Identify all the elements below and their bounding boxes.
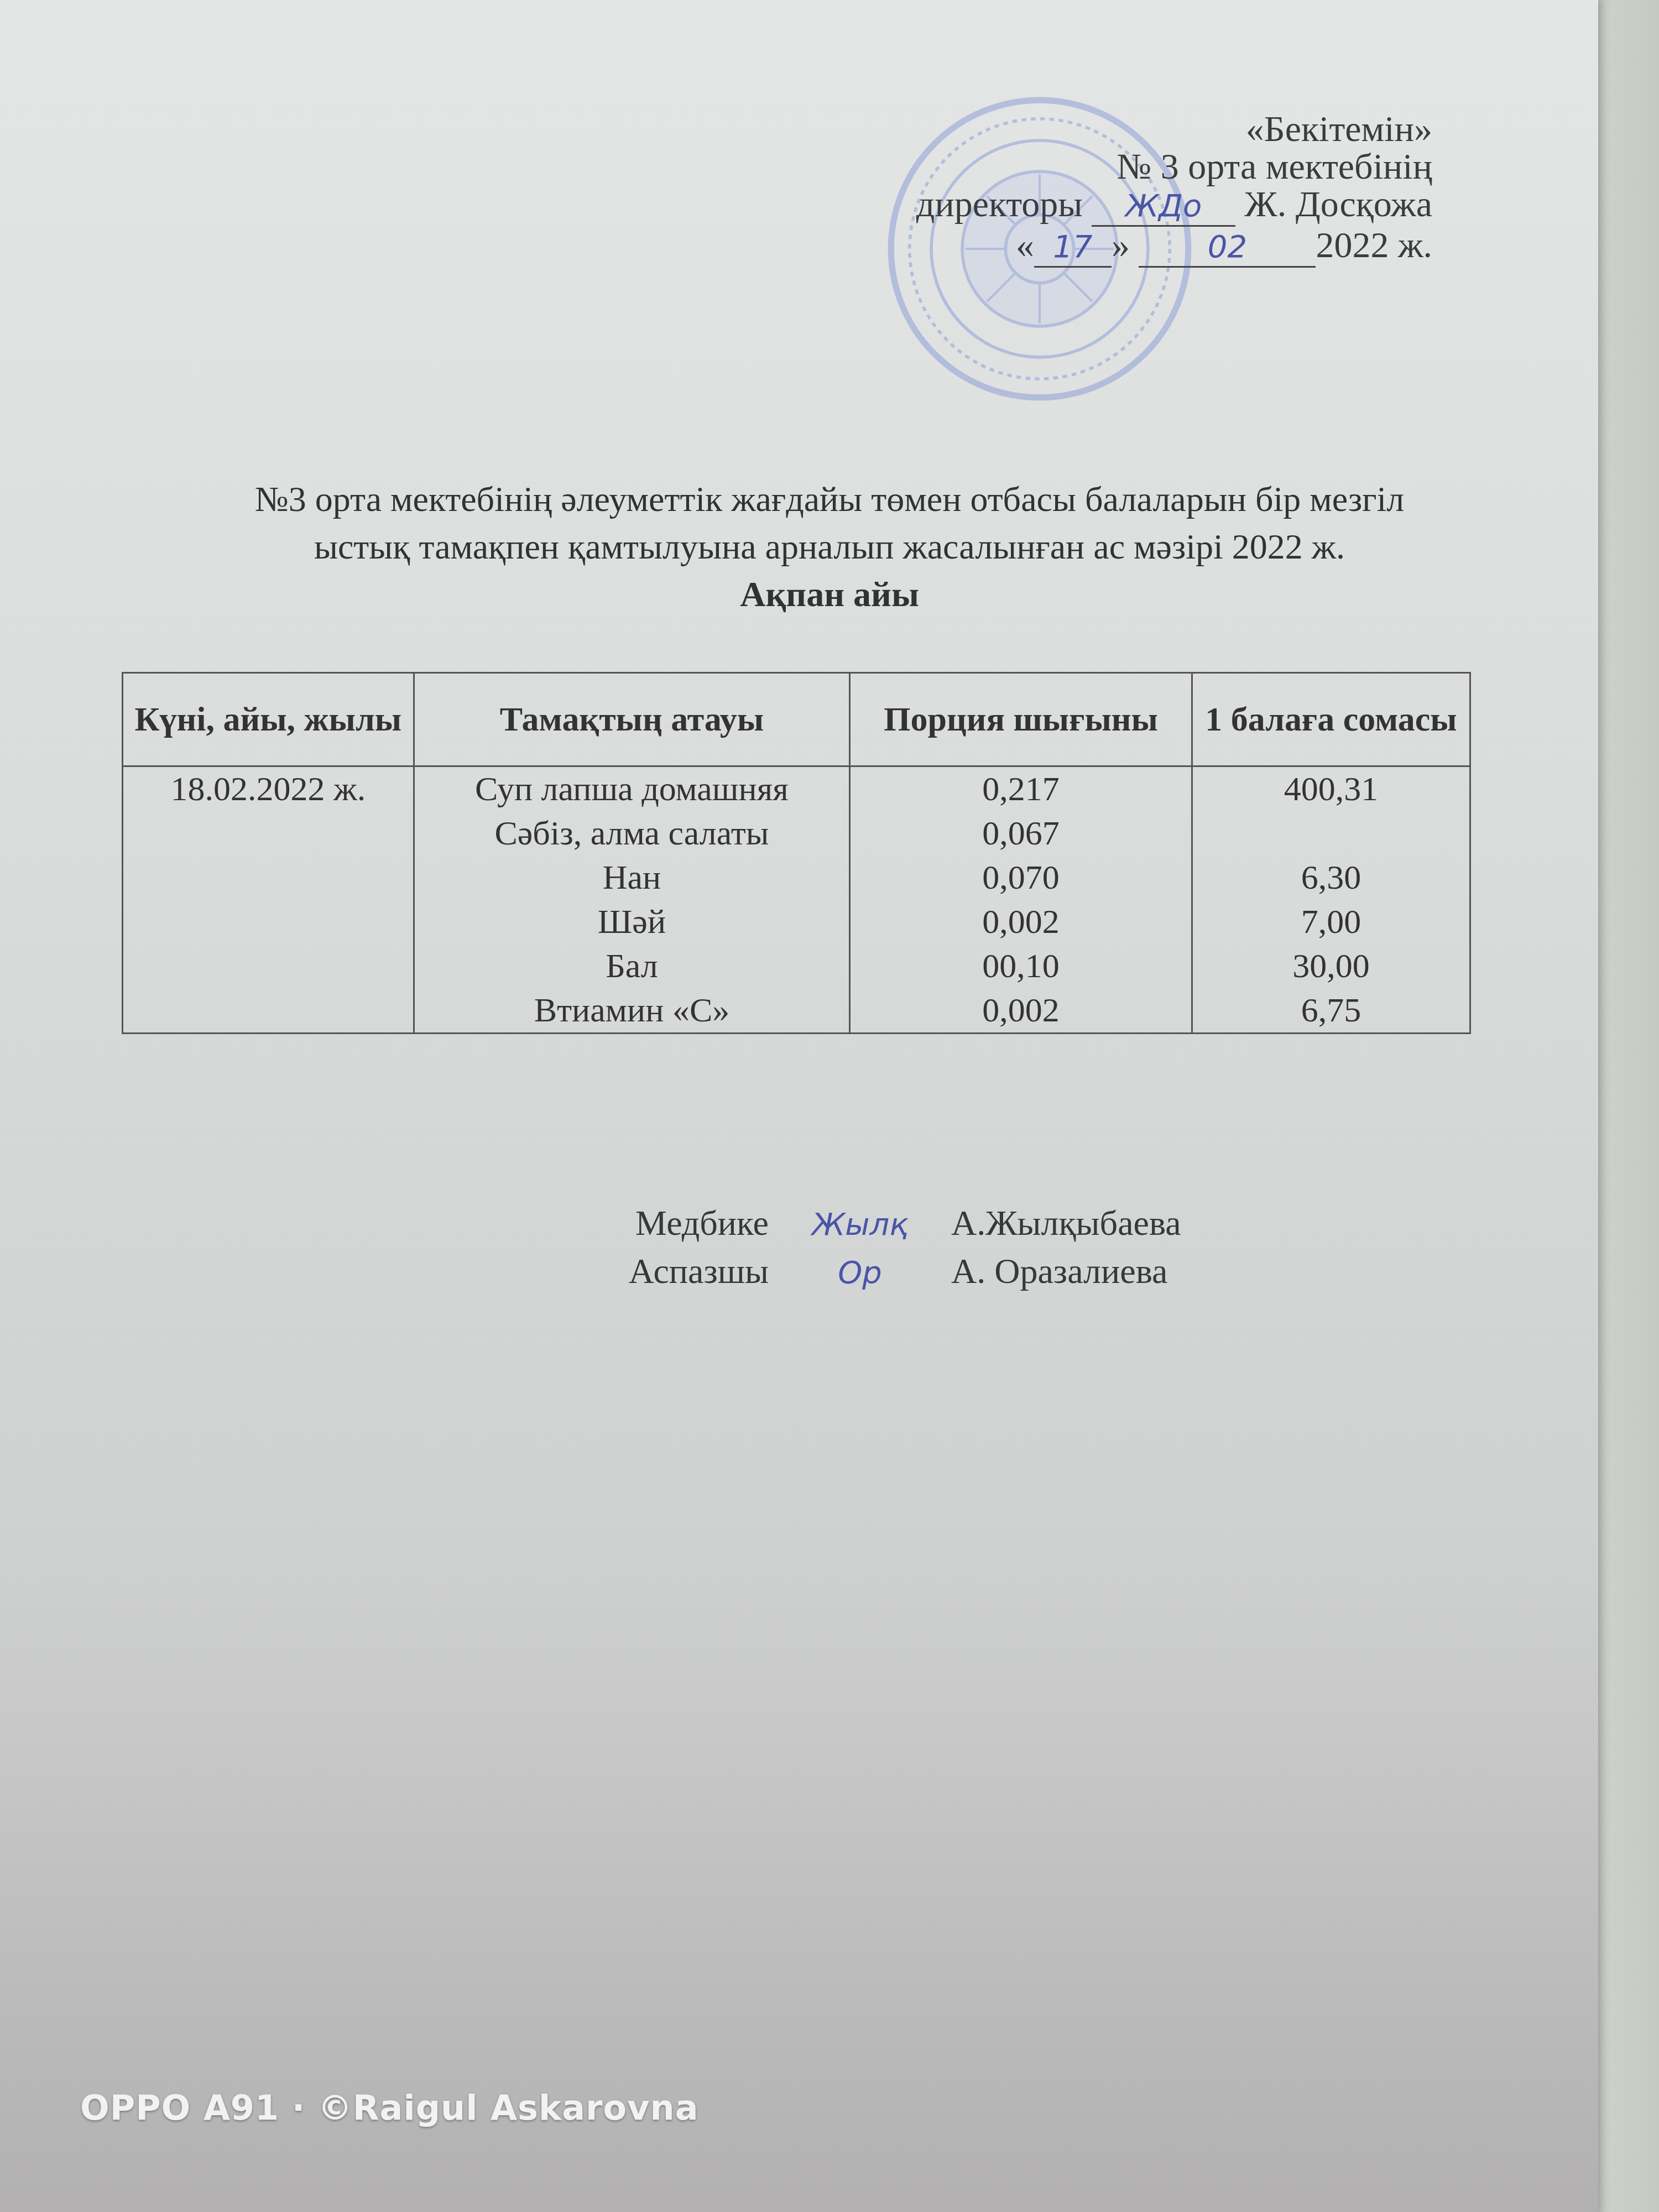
approval-month: 02 bbox=[1139, 227, 1316, 268]
signature-row: МедбикеЖылқА.Жылқыбаева bbox=[559, 1200, 1239, 1248]
sum-item: 6,30 bbox=[1198, 855, 1464, 900]
food-item: Суп лапша домашняя bbox=[420, 767, 844, 811]
sum-item: 6,75 bbox=[1198, 988, 1464, 1032]
approval-date-line: «17» 022022 ж. bbox=[916, 227, 1432, 268]
approval-director-line: директоры ЖДо Ж. Досқожа bbox=[916, 186, 1432, 227]
date-cell: 18.02.2022 ж. bbox=[123, 766, 414, 1034]
document-page: «Бекітемін» № 3 орта мектебінің директор… bbox=[0, 0, 1598, 2212]
sum-item: 30,00 bbox=[1198, 944, 1464, 988]
signatory-name: А.Жылқыбаева bbox=[951, 1200, 1239, 1246]
signature-role: Аспазшы bbox=[559, 1248, 769, 1295]
director-label: директоры bbox=[916, 184, 1083, 225]
table-header-row: Күні, айы, жылы Тамақтың атауы Порция шы… bbox=[123, 673, 1470, 766]
portion-item: 0,002 bbox=[856, 988, 1186, 1032]
sum-cell: 400,316,307,0030,006,75 bbox=[1192, 766, 1470, 1034]
sum-item bbox=[1198, 811, 1464, 855]
approval-day: 17 bbox=[1034, 227, 1112, 268]
handwritten-signature: Жылқ bbox=[769, 1202, 951, 1248]
approval-year: 2022 ж. bbox=[1316, 225, 1432, 265]
table-row: 18.02.2022 ж. Суп лапша домашняяСәбіз, а… bbox=[123, 766, 1470, 1034]
portion-cell: 0,2170,0670,0700,00200,100,002 bbox=[850, 766, 1192, 1034]
signature-role: Медбике bbox=[559, 1200, 769, 1246]
document-title: №3 орта мектебінің әлеуметтік жағдайы тө… bbox=[182, 476, 1477, 618]
signatory-name: А. Оразалиева bbox=[951, 1248, 1239, 1295]
food-cell: Суп лапша домашняяСәбіз, алма салатыНанШ… bbox=[414, 766, 850, 1034]
header-portion: Порция шығыны bbox=[850, 673, 1192, 766]
food-item: Бал bbox=[420, 944, 844, 988]
food-item: Втиамин «С» bbox=[420, 988, 844, 1032]
header-sum: 1 балаға сомасы bbox=[1192, 673, 1470, 766]
portion-item: 00,10 bbox=[856, 944, 1186, 988]
portion-item: 0,217 bbox=[856, 767, 1186, 811]
director-signature: ЖДо bbox=[1092, 186, 1235, 227]
director-name: Ж. Досқожа bbox=[1245, 184, 1432, 225]
title-line-1: №3 орта мектебінің әлеуметтік жағдайы тө… bbox=[182, 476, 1477, 523]
food-item: Нан bbox=[420, 855, 844, 900]
approval-heading: «Бекітемін» bbox=[916, 111, 1432, 148]
handwritten-signature: Ор bbox=[769, 1250, 951, 1296]
signature-row: АспазшыОрА. Оразалиева bbox=[559, 1248, 1239, 1296]
sum-item: 7,00 bbox=[1198, 900, 1464, 944]
portion-item: 0,067 bbox=[856, 811, 1186, 855]
camera-watermark: OPPO A91 · ©Raigul Askarovna bbox=[80, 2088, 699, 2128]
sum-item: 400,31 bbox=[1198, 767, 1464, 811]
header-food: Тамақтың атауы bbox=[414, 673, 850, 766]
approval-block: «Бекітемін» № 3 орта мектебінің директор… bbox=[916, 111, 1432, 268]
menu-table: Күні, айы, жылы Тамақтың атауы Порция шы… bbox=[122, 672, 1471, 1034]
background-edge bbox=[1598, 0, 1659, 2212]
portion-item: 0,002 bbox=[856, 900, 1186, 944]
header-date: Күні, айы, жылы bbox=[123, 673, 414, 766]
food-item: Сәбіз, алма салаты bbox=[420, 811, 844, 855]
food-item: Шәй bbox=[420, 900, 844, 944]
approval-school: № 3 орта мектебінің bbox=[916, 148, 1432, 186]
title-month: Ақпан айы bbox=[182, 571, 1477, 618]
portion-item: 0,070 bbox=[856, 855, 1186, 900]
title-line-2: ыстық тамақпен қамтылуына арналып жасалы… bbox=[182, 523, 1477, 571]
signatures-block: МедбикеЖылқА.ЖылқыбаеваАспазшыОрА. Ораза… bbox=[559, 1200, 1239, 1296]
